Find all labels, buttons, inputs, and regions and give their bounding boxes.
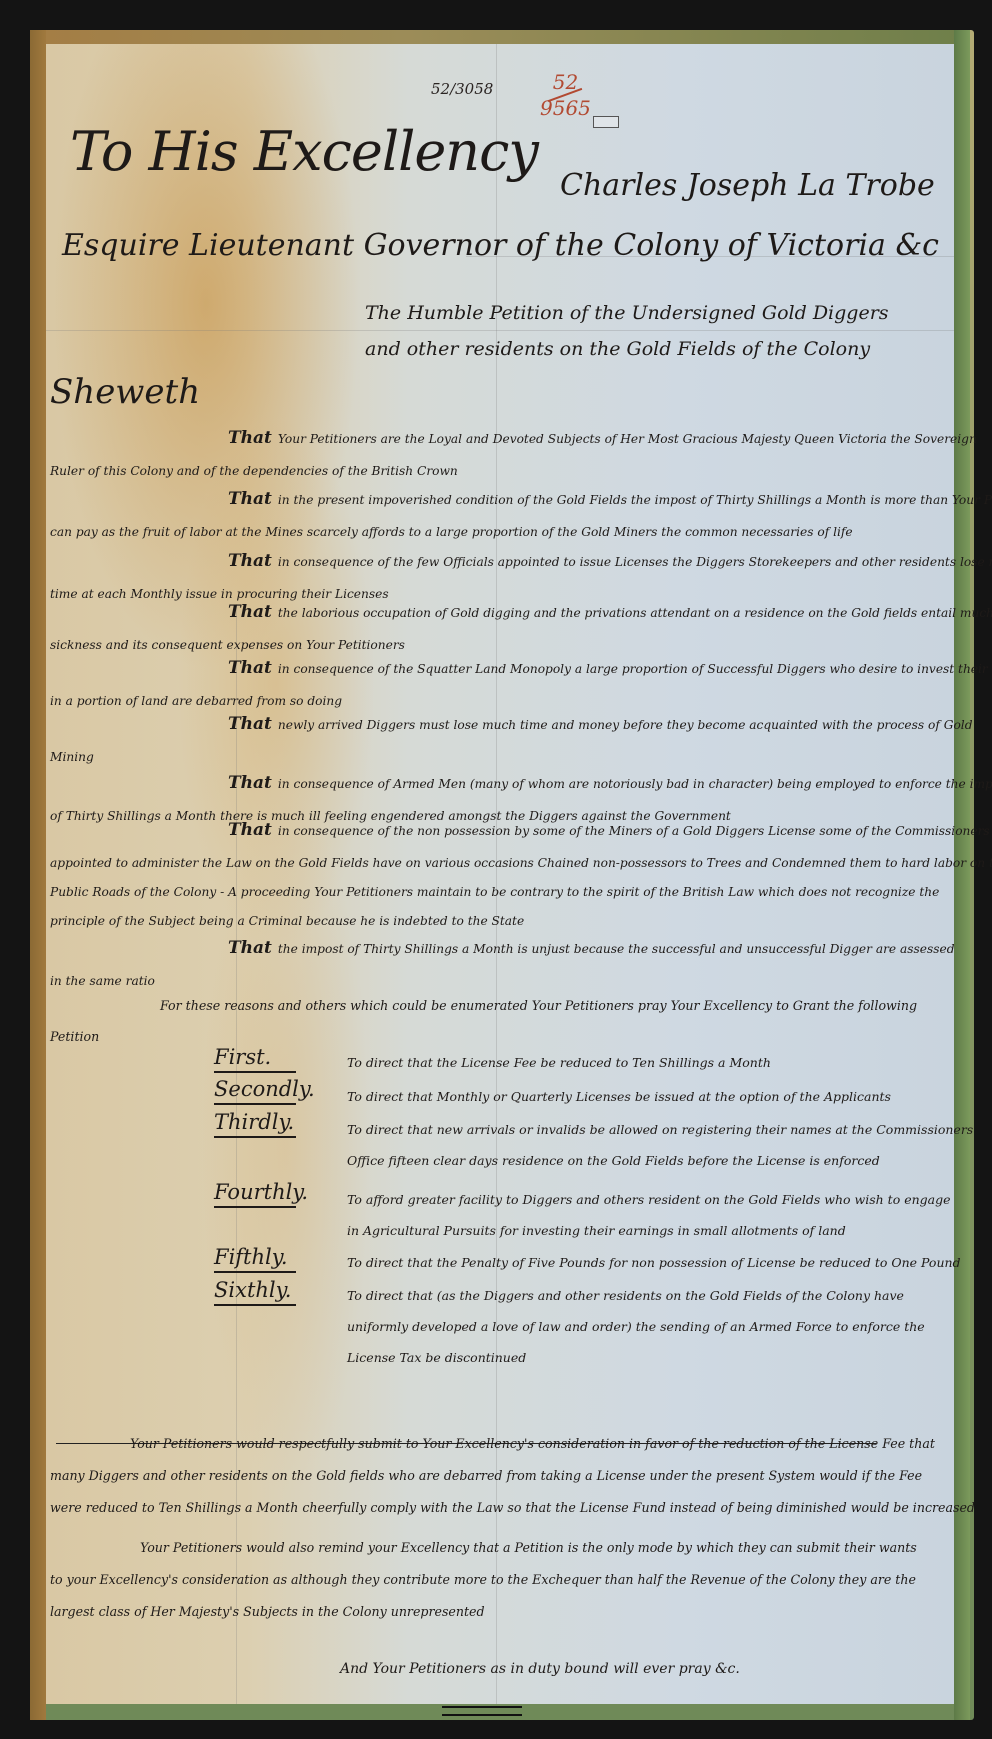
closing-line: Your Petitioners would also remind your … — [50, 1540, 917, 1555]
grievance-paragraph: ThatYour Petitioners are the Loyal and D… — [50, 430, 940, 477]
closing-line: Your Petitioners would respectfully subm… — [50, 1436, 975, 1451]
request-label-thirdly: Thirdly. — [214, 1110, 296, 1138]
paragraph-lead: That — [228, 714, 272, 734]
paragraph-line: in a portion of land are debarred from s… — [50, 695, 940, 707]
paragraph-line: newly arrived Diggers must lose much tim… — [278, 718, 973, 732]
request-line: Office fifteen clear days residence on t… — [347, 1153, 973, 1168]
request-label-sixthly: Sixthly. — [214, 1278, 296, 1306]
grievance-paragraph: Thatthe impost of Thirty Shillings a Mon… — [50, 940, 940, 987]
left-edge-tape — [30, 30, 46, 1720]
paragraph-line: Your Petitioners are the Loyal and Devot… — [278, 432, 977, 446]
grievance-paragraph: Thatthe laborious occupation of Gold dig… — [50, 604, 940, 651]
request-line: To direct that Monthly or Quarterly Lice… — [347, 1089, 891, 1104]
prayer-intro: For these reasons and others which could… — [50, 1000, 940, 1043]
grievance-paragraph: Thatnewly arrived Diggers must lose much… — [50, 716, 940, 763]
request-line: To direct that the Penalty of Five Pound… — [347, 1255, 961, 1270]
sheweth-heading: Sheweth — [50, 372, 200, 412]
paragraph-lead: That — [228, 489, 272, 509]
request-label-fourthly: Fourthly. — [214, 1180, 296, 1208]
grievance-paragraph: Thatin consequence of the Squatter Land … — [50, 660, 940, 707]
request-line: To direct that new arrivals or invalids … — [347, 1122, 973, 1137]
grievance-paragraph: Thatin consequence of the few Officials … — [50, 553, 940, 600]
paragraph-line: time at each Monthly issue in procuring … — [50, 588, 940, 600]
subtitle-line-1: The Humble Petition of the Undersigned G… — [365, 302, 889, 324]
closing-paragraph: Your Petitioners would respectfully subm… — [50, 1436, 975, 1515]
request-line: uniformly developed a love of law and or… — [347, 1319, 925, 1334]
paragraph-line: of Thirty Shillings a Month there is muc… — [50, 810, 940, 822]
paragraph-lead: That — [228, 938, 272, 958]
paragraph-lead: That — [228, 820, 272, 840]
prayer-intro-line: For these reasons and others which could… — [50, 1000, 940, 1013]
archive-stamp-icon — [593, 116, 619, 128]
request-line: License Tax be discontinued — [347, 1350, 925, 1365]
closing-line: were reduced to Ten Shillings a Month ch… — [50, 1500, 975, 1515]
paragraph-lead: That — [228, 551, 272, 571]
request-line: To direct that the License Fee be reduce… — [347, 1055, 771, 1070]
paragraph-line: in consequence of the non possession by … — [278, 824, 990, 838]
closing-line: to your Excellency's consideration as al… — [50, 1572, 917, 1587]
grievance-paragraph: Thatin the present impoverished conditio… — [50, 491, 940, 538]
paragraph-line: principle of the Subject being a Crimina… — [50, 915, 940, 927]
request-text-thirdly: To direct that new arrivals or invalids … — [347, 1122, 973, 1168]
paragraph-lead: That — [228, 602, 272, 622]
paragraph-line: in consequence of Armed Men (many of who… — [278, 777, 992, 791]
paragraph-lead: That — [228, 658, 272, 678]
request-line: To afford greater facility to Diggers an… — [347, 1192, 951, 1207]
request-label-secondly: Secondly. — [214, 1077, 296, 1105]
fold-line — [46, 330, 954, 331]
paragraph-line: Mining — [50, 751, 940, 763]
paragraph-line: sickness and its consequent expenses on … — [50, 639, 940, 651]
prayer-intro-line: Petition — [50, 1031, 940, 1044]
request-label-first: First. — [214, 1045, 296, 1073]
paragraph-line: Public Roads of the Colony - A proceedin… — [50, 886, 940, 898]
request-line: To direct that (as the Diggers and other… — [347, 1288, 925, 1303]
sign-off: And Your Petitioners as in duty bound wi… — [340, 1661, 740, 1677]
grievance-paragraph: Thatin consequence of Armed Men (many of… — [50, 775, 940, 822]
request-text-fifthly: To direct that the Penalty of Five Pound… — [347, 1255, 961, 1270]
paragraph-line: the impost of Thirty Shillings a Month i… — [278, 942, 955, 956]
archive-red-reference: 52 9565 — [540, 72, 591, 118]
archive-pencil-reference: 52/3058 — [431, 80, 493, 98]
request-text-first: To direct that the License Fee be reduce… — [347, 1055, 771, 1070]
grievance-paragraph: Thatin consequence of the non possession… — [50, 822, 940, 928]
paragraph-line: the laborious occupation of Gold digging… — [278, 606, 992, 620]
fold-line — [236, 604, 237, 1704]
paragraph-lead: That — [228, 428, 272, 448]
request-text-secondly: To direct that Monthly or Quarterly Lice… — [347, 1089, 891, 1104]
request-label-fifthly: Fifthly. — [214, 1245, 296, 1273]
top-edge-tape — [30, 30, 970, 44]
request-line: in Agricultural Pursuits for investing t… — [347, 1223, 951, 1238]
heading-governor-title: Esquire Lieutenant Governor of the Colon… — [62, 228, 939, 263]
subtitle-line-2: and other residents on the Gold Fields o… — [365, 338, 870, 360]
paragraph-line: in the present impoverished condition of… — [278, 493, 992, 507]
request-text-sixthly: To direct that (as the Diggers and other… — [347, 1288, 925, 1365]
paragraph-line: in consequence of the few Officials appo… — [278, 555, 992, 569]
closing-line: many Diggers and other residents on the … — [50, 1468, 975, 1483]
paragraph-line: can pay as the fruit of labor at the Min… — [50, 526, 940, 538]
paragraph-line: in consequence of the Squatter Land Mono… — [278, 662, 992, 676]
paragraph-line: appointed to administer the Law on the G… — [50, 857, 940, 869]
heading-governor-name: Charles Joseph La Trobe — [560, 168, 935, 203]
heading-to-his-excellency: To His Excellency — [70, 120, 538, 183]
closing-double-rule — [442, 1706, 522, 1716]
paragraph-line: in the same ratio — [50, 975, 940, 987]
request-text-fourthly: To afford greater facility to Diggers an… — [347, 1192, 951, 1238]
closing-paragraph: Your Petitioners would also remind your … — [50, 1540, 917, 1619]
paragraph-lead: That — [228, 773, 272, 793]
paragraph-line: Ruler of this Colony and of the dependen… — [50, 465, 940, 477]
closing-line: largest class of Her Majesty's Subjects … — [50, 1604, 917, 1619]
